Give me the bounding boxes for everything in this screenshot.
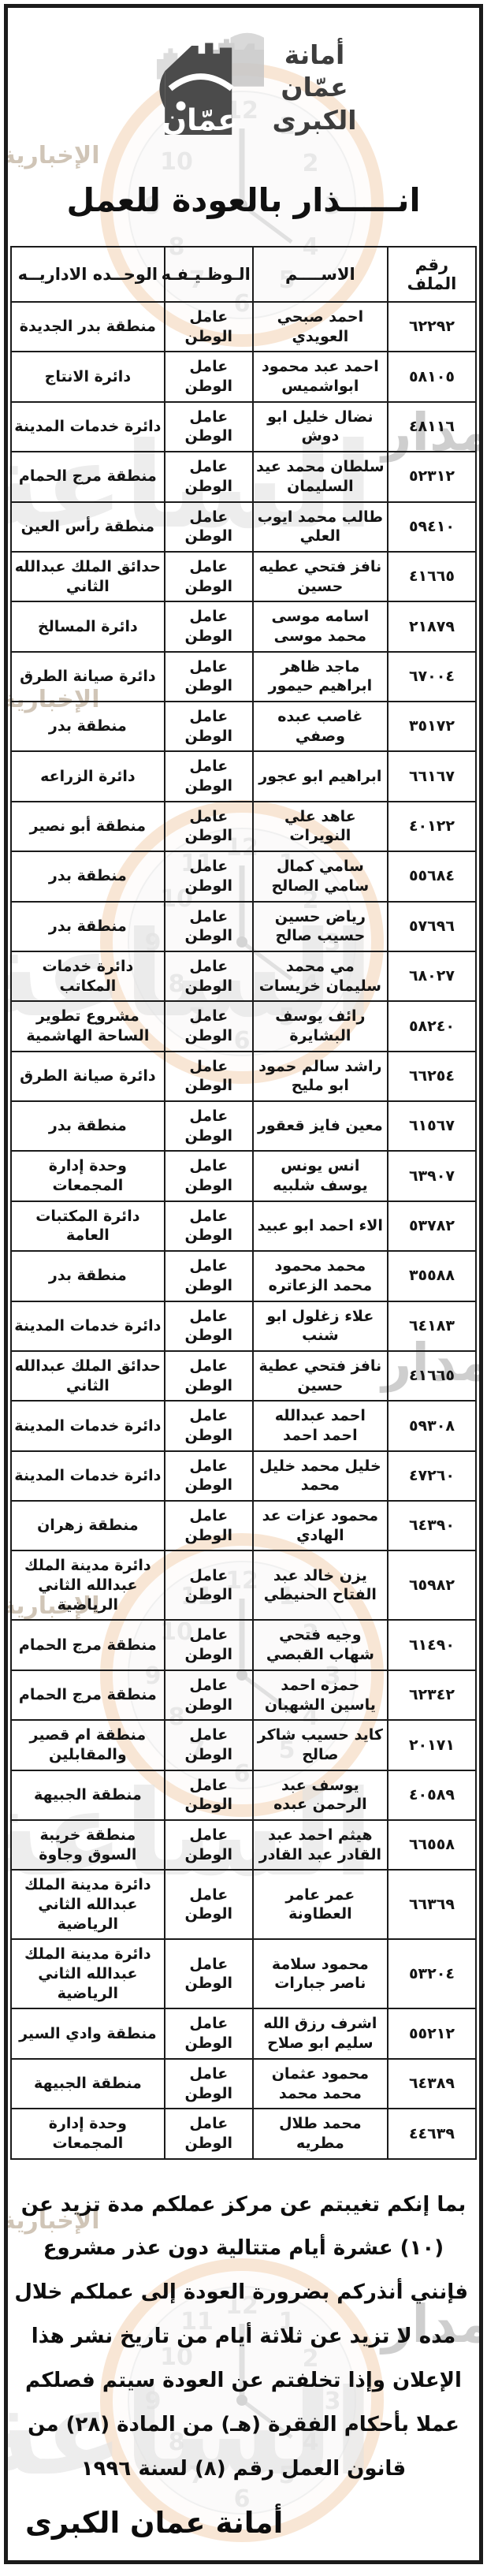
unit-cell: دائرة خدمات المدينة [11, 1401, 165, 1450]
job-cell: عامل الوطن [165, 951, 253, 1001]
name-cell: سامي كمال سامي الصالح [253, 851, 388, 901]
file-number-cell: ٣٥١٧٢ [388, 702, 476, 751]
notice-line: (١٠) عشرة أيام متتالية دون عذر مشروع [19, 2227, 468, 2271]
name-header: الاســــم [253, 247, 388, 302]
job-cell: عامل الوطن [165, 1870, 253, 1939]
unit-cell: منطقة وادي السير [11, 2008, 165, 2058]
file-number-cell: ٦٧٠٠٤ [388, 652, 476, 702]
name-cell: محمد طلال مطريه [253, 2109, 388, 2158]
name-cell: مي محمد سليمان خريسات [253, 951, 388, 1001]
unit-cell: منطقة الجبيهة [11, 1770, 165, 1820]
name-cell: نضال خليل ابو دوش [253, 402, 388, 452]
unit-cell: دائرة الزراعه [11, 751, 165, 801]
table-row: ٦٤١٨٣علاء زغلول ابو شنبعامل الوطندائرة خ… [11, 1301, 476, 1351]
unit-cell: منطقة مرج الحمام [11, 452, 165, 501]
unit-cell: منطقة بدر الجديدة [11, 302, 165, 352]
announcement-page: 12 3 6 9 11 10 1 2 5 7 8 4 [4, 4, 483, 2564]
file-number-cell: ٢٠١٧١ [388, 1720, 476, 1770]
file-number-cell: ٥٩٣٠٨ [388, 1401, 476, 1450]
job-cell: عامل الوطن [165, 1151, 253, 1201]
file-number-cell: ٦٣٩٠٧ [388, 1151, 476, 1201]
file-number-cell: ٥٣٧٨٢ [388, 1201, 476, 1251]
table-row: ٤١٦٦٥نافز فتحي عطيه حسينعامل الوطنحدائق … [11, 552, 476, 601]
employee-table-body: ٦٢٢٩٢احمد صبحي العويديعامل الوطنمنطقة بد… [11, 302, 476, 2159]
name-cell: عاهد علي النويرات [253, 802, 388, 851]
job-cell: عامل الوطن [165, 452, 253, 501]
file-number-cell: ٥٨٢٤٠ [388, 1001, 476, 1051]
file-number-cell: ٤٠٥٨٩ [388, 1770, 476, 1820]
unit-cell: دائرة خدمات المدينة [11, 1301, 165, 1351]
job-cell: عامل الوطن [165, 1770, 253, 1820]
file-number-cell: ٦٦١٦٧ [388, 751, 476, 801]
unit-cell: دائرة المسالخ [11, 601, 165, 651]
file-number-cell: ٤٠١٢٢ [388, 802, 476, 851]
name-cell: احمد عبدالله احمد احمد [253, 1401, 388, 1450]
name-cell: انس يونس يوسف شلبيه [253, 1151, 388, 1201]
table-row: ٤١٦٦٥نافز فتحي عطية حسينعامل الوطنحدائق … [11, 1351, 476, 1401]
job-cell: عامل الوطن [165, 702, 253, 751]
file-number-cell: ٥٨١٠٥ [388, 352, 476, 401]
unit-cell: دائرة صيانة الطرق [11, 1052, 165, 1101]
job-cell: عامل الوطن [165, 552, 253, 601]
unit-cell: منطقة خريبة السوق وجاوة [11, 1820, 165, 1870]
table-row: ٦٧٠٠٤ماجد ظاهر ابراهيم حيمورعامل الوطندا… [11, 652, 476, 702]
file-number-cell: ٥٩٤١٠ [388, 502, 476, 552]
file-number-cell: ٦٦٢٥٤ [388, 1052, 476, 1101]
unit-cell: منطقة زهران [11, 1501, 165, 1550]
name-cell: ابراهيم ابو عجور [253, 751, 388, 801]
file-number-cell: ٥٧٦٩٦ [388, 902, 476, 951]
job-cell: عامل الوطن [165, 1670, 253, 1720]
table-row: ٥٩٤١٠طالب محمد ايوب العليعامل الوطنمنطقة… [11, 502, 476, 552]
unit-cell: دائرة خدمات المدينة [11, 1451, 165, 1501]
unit-cell: منطقة الجبيهة [11, 2059, 165, 2109]
table-row: ٥٣٢٠٤محمود سلامة ناصر جباراتعامل الوطندا… [11, 1939, 476, 2008]
municipality-name-line: عمّان [272, 71, 356, 103]
name-cell: محمود عزات عد الهادي [253, 1501, 388, 1550]
name-cell: ماجد ظاهر ابراهيم حيمور [253, 652, 388, 702]
job-cell: عامل الوطن [165, 751, 253, 801]
job-cell: عامل الوطن [165, 902, 253, 951]
job-cell: عامل الوطن [165, 1550, 253, 1620]
municipality-name-line: أمانة [272, 39, 356, 71]
table-row: ٦٢٢٩٢احمد صبحي العويديعامل الوطنمنطقة بد… [11, 302, 476, 352]
notice-line: مده لا تزيد عن ثلاثة أيام من تاريخ نشر ه… [19, 2315, 468, 2359]
unit-cell: دائرة المكتبات العامة [11, 1201, 165, 1251]
unit-cell: منطقة مرج الحمام [11, 1620, 165, 1670]
employee-table: رقم الملف الاســــم الـوظـيـفـه الوحــده… [10, 246, 477, 2160]
unit-cell: منطقة بدر [11, 851, 165, 901]
file-number-cell: ٤١٦٦٥ [388, 552, 476, 601]
name-cell: علاء زغلول ابو شنب [253, 1301, 388, 1351]
job-cell: عامل الوطن [165, 1451, 253, 1501]
job-cell: عامل الوطن [165, 652, 253, 702]
job-cell: عامل الوطن [165, 851, 253, 901]
table-row: ٥٧٦٩٦رياض حسين حسيب صالحعامل الوطنمنطقة … [11, 902, 476, 951]
job-cell: عامل الوطن [165, 1401, 253, 1450]
file-number-cell: ٤١٦٦٥ [388, 1351, 476, 1401]
name-cell: الاء احمد ابو عبيد [253, 1201, 388, 1251]
job-cell: عامل الوطن [165, 352, 253, 401]
notice-line: عملا بأحكام الفقرة (هـ) من المادة (٢٨) م… [19, 2403, 468, 2448]
file-number-cell: ٦٤٣٨٩ [388, 2059, 476, 2109]
table-row: ٥٣٧٨٢الاء احمد ابو عبيدعامل الوطندائرة ا… [11, 1201, 476, 1251]
job-cell: عامل الوطن [165, 2059, 253, 2109]
notice-line: بما إنكم تغيبتم عن مركز عملكم مدة تزيد ع… [19, 2183, 468, 2228]
name-cell: نافز فتحي عطية حسين [253, 1351, 388, 1401]
job-cell: عامل الوطن [165, 1101, 253, 1151]
table-header-row: رقم الملف الاســــم الـوظـيـفـه الوحــده… [11, 247, 476, 302]
name-cell: طالب محمد ايوب العلي [253, 502, 388, 552]
unit-cell: دائرة الانتاج [11, 352, 165, 401]
file-number-cell: ٦٦٥٥٨ [388, 1820, 476, 1870]
name-cell: اسامه موسى محمد موسى [253, 601, 388, 651]
page-title: انـــــذار بالعودة للعمل [13, 181, 474, 219]
job-cell: عامل الوطن [165, 601, 253, 651]
table-row: ٣٥٥٨٨محمد محمود محمد الزعاترهعامل الوطنم… [11, 1251, 476, 1301]
table-row: ٥٥٦٨٤سامي كمال سامي الصالحعامل الوطنمنطق… [11, 851, 476, 901]
table-row: ٦٦٢٥٤راشد سالم حمود ابو مليحعامل الوطندا… [11, 1052, 476, 1101]
name-cell: محمود عثمان محمد محمد [253, 2059, 388, 2109]
file-number-cell: ٤٨١١٦ [388, 402, 476, 452]
unit-cell: وحدة إدارة المجمعات [11, 2109, 165, 2158]
unit-cell: منطقة بدر [11, 1101, 165, 1151]
file-number-cell: ٣٥٥٨٨ [388, 1251, 476, 1301]
table-row: ٦١٥٦٧معين فايز قعقورعامل الوطنمنطقة بدر [11, 1101, 476, 1151]
table-row: ٦٤٣٩٠محمود عزات عد الهاديعامل الوطنمنطقة… [11, 1501, 476, 1550]
file-number-header: رقم الملف [388, 247, 476, 302]
table-row: ٥٢٣١٢سلطان محمد عيد السليمانعامل الوطنمن… [11, 452, 476, 501]
unit-cell: دائرة خدمات المدينة [11, 402, 165, 452]
job-cell: عامل الوطن [165, 1720, 253, 1770]
municipality-name: أمانة عمّان الكبرى [272, 39, 356, 136]
job-cell: عامل الوطن [165, 802, 253, 851]
file-number-cell: ٦٨٠٢٧ [388, 951, 476, 1001]
unit-cell: منطقة بدر [11, 702, 165, 751]
notice-line: قانون العمل رقم (٨) لسنة ١٩٩٦ [19, 2448, 468, 2492]
name-cell: اشرف رزق الله سليم ابو صلاح [253, 2008, 388, 2058]
name-cell: خليل محمد خليل محمد [253, 1451, 388, 1501]
table-row: ٤٤٦٣٩محمد طلال مطريهعامل الوطنوحدة إدارة… [11, 2109, 476, 2158]
file-number-cell: ٦٢٢٩٢ [388, 302, 476, 352]
unit-cell: دائرة مدينة الملك عبدالله الثاني الرياضي… [11, 1550, 165, 1620]
name-cell: رياض حسين حسيب صالح [253, 902, 388, 951]
unit-cell: منطقة أبو نصير [11, 802, 165, 851]
job-cell: عامل الوطن [165, 2109, 253, 2158]
table-row: ٣٥١٧٢غاصب عبده وصفيعامل الوطنمنطقة بدر [11, 702, 476, 751]
job-cell: عامل الوطن [165, 1201, 253, 1251]
svg-text:عمّان: عمّان [162, 102, 239, 137]
name-cell: محمد محمود محمد الزعاتره [253, 1251, 388, 1301]
job-cell: عامل الوطن [165, 1301, 253, 1351]
unit-cell: منطقة مرج الحمام [11, 1670, 165, 1720]
table-row: ٥٩٣٠٨احمد عبدالله احمد احمدعامل الوطندائ… [11, 1401, 476, 1450]
file-number-cell: ٥٢٣١٢ [388, 452, 476, 501]
table-row: ٦١٤٩٠وجيه فتحي شهاب القبصيعامل الوطنمنطق… [11, 1620, 476, 1670]
table-row: ٢٠١٧١كايد حسيب شاكر صالحعامل الوطنمنطقة … [11, 1720, 476, 1770]
unit-cell: منطقة بدر [11, 1251, 165, 1301]
name-cell: رائف يوسف البشايرة [253, 1001, 388, 1051]
unit-cell: دائرة خدمات المكاتب [11, 951, 165, 1001]
table-row: ٦٨٠٢٧مي محمد سليمان خريساتعامل الوطندائر… [11, 951, 476, 1001]
table-row: ٦٥٩٨٢يزن خالد عبد الفتاح الحنيطيعامل الو… [11, 1550, 476, 1620]
name-cell: يوسف عبد الرحمن عبده [253, 1770, 388, 1820]
file-number-cell: ٦٤١٨٣ [388, 1301, 476, 1351]
file-number-cell: ٢١٨٧٩ [388, 601, 476, 651]
table-row: ٦٣٩٠٧انس يونس يوسف شلبيهعامل الوطنوحدة إ… [11, 1151, 476, 1201]
unit-cell: دائرة مدينة الملك عبدالله الثاني الرياضي… [11, 1870, 165, 1939]
file-number-cell: ٦٦٣٦٩ [388, 1870, 476, 1939]
table-row: ٥٨٢٤٠رائف يوسف البشايرةعامل الوطنمشروع ت… [11, 1001, 476, 1051]
table-row: ٤٠٥٨٩يوسف عبد الرحمن عبدهعامل الوطنمنطقة… [11, 1770, 476, 1820]
job-cell: عامل الوطن [165, 1939, 253, 2008]
job-cell: عامل الوطن [165, 1001, 253, 1051]
name-cell: نافز فتحي عطيه حسين [253, 552, 388, 601]
file-number-cell: ٦٢٣٤٢ [388, 1670, 476, 1720]
job-cell: عامل الوطن [165, 1251, 253, 1301]
job-cell: عامل الوطن [165, 502, 253, 552]
file-number-cell: ٤٧٢٦٠ [388, 1451, 476, 1501]
unit-cell: حدائق الملك عبدالله الثاني [11, 552, 165, 601]
unit-cell: دائرة مدينة الملك عبدالله الثاني الرياضي… [11, 1939, 165, 2008]
municipality-logo: أمانة عمّان الكبرى [8, 8, 479, 158]
file-number-cell: ٦١٤٩٠ [388, 1620, 476, 1670]
table-row: ٢١٨٧٩اسامه موسى محمد موسىعامل الوطندائرة… [11, 601, 476, 651]
name-cell: راشد سالم حمود ابو مليح [253, 1052, 388, 1101]
name-cell: عمر عامر العطاونة [253, 1870, 388, 1939]
table-row: ٦٢٣٤٢حمزه احمد ياسين الشهبانعامل الوطنمن… [11, 1670, 476, 1720]
table-row: ٦٦٣٦٩عمر عامر العطاونةعامل الوطندائرة مد… [11, 1870, 476, 1939]
table-row: ٤٨١١٦نضال خليل ابو دوشعامل الوطندائرة خد… [11, 402, 476, 452]
table-row: ٦٦١٦٧ابراهيم ابو عجورعامل الوطندائرة الز… [11, 751, 476, 801]
name-cell: كايد حسيب شاكر صالح [253, 1720, 388, 1770]
table-row: ٤٧٢٦٠خليل محمد خليل محمدعامل الوطندائرة … [11, 1451, 476, 1501]
job-cell: عامل الوطن [165, 1820, 253, 1870]
name-cell: معين فايز قعقور [253, 1101, 388, 1151]
municipality-emblem-icon: عمّان [130, 23, 264, 153]
unit-cell: دائرة صيانة الطرق [11, 652, 165, 702]
file-number-cell: ٤٤٦٣٩ [388, 2109, 476, 2158]
signature: أمانة عمان الكبرى [8, 2506, 479, 2540]
job-header: الـوظـيـفـه [165, 247, 253, 302]
file-number-cell: ٦١٥٦٧ [388, 1101, 476, 1151]
table-row: ٦٦٥٥٨هيثم احمد عبد القادر عبد القادرعامل… [11, 1820, 476, 1870]
job-cell: عامل الوطن [165, 302, 253, 352]
unit-cell: منطقة بدر [11, 902, 165, 951]
name-cell: احمد عبد محمود ابواشميس [253, 352, 388, 401]
notice-paragraph: بما إنكم تغيبتم عن مركز عملكم مدة تزيد ع… [19, 2183, 468, 2492]
job-cell: عامل الوطن [165, 2008, 253, 2058]
file-number-cell: ٥٥٦٨٤ [388, 851, 476, 901]
unit-cell: مشروع تطوير الساحة الهاشمية [11, 1001, 165, 1051]
table-row: ٦٤٣٨٩محمود عثمان محمد محمدعامل الوطنمنطق… [11, 2059, 476, 2109]
table-row: ٤٠١٢٢عاهد علي النويراتعامل الوطنمنطقة أب… [11, 802, 476, 851]
file-number-cell: ٥٥٢١٢ [388, 2008, 476, 2058]
file-number-cell: ٦٤٣٩٠ [388, 1501, 476, 1550]
table-row: ٥٥٢١٢اشرف رزق الله سليم ابو صلاحعامل الو… [11, 2008, 476, 2058]
file-number-cell: ٦٥٩٨٢ [388, 1550, 476, 1620]
job-cell: عامل الوطن [165, 1620, 253, 1670]
municipality-name-line: الكبرى [272, 104, 356, 136]
name-cell: سلطان محمد عيد السليمان [253, 452, 388, 501]
job-cell: عامل الوطن [165, 1052, 253, 1101]
job-cell: عامل الوطن [165, 402, 253, 452]
unit-cell: منطقة رأس العين [11, 502, 165, 552]
notice-line: فإنني أنذركم بضرورة العودة إلى عملكم خلا… [19, 2271, 468, 2315]
name-cell: حمزه احمد ياسين الشهبان [253, 1670, 388, 1720]
name-cell: احمد صبحي العويدي [253, 302, 388, 352]
name-cell: محمود سلامة ناصر جبارات [253, 1939, 388, 2008]
name-cell: يزن خالد عبد الفتاح الحنيطي [253, 1550, 388, 1620]
job-cell: عامل الوطن [165, 1351, 253, 1401]
unit-header: الوحــده الاداريــه [11, 247, 165, 302]
unit-cell: حدائق الملك عبدالله الثاني [11, 1351, 165, 1401]
file-number-cell: ٥٣٢٠٤ [388, 1939, 476, 2008]
unit-cell: وحدة إدارة المجمعات [11, 1151, 165, 1201]
job-cell: عامل الوطن [165, 1501, 253, 1550]
name-cell: هيثم احمد عبد القادر عبد القادر [253, 1820, 388, 1870]
table-row: ٥٨١٠٥احمد عبد محمود ابواشميسعامل الوطندا… [11, 352, 476, 401]
notice-line: الإعلان وإذا تخلفتم عن العودة سيتم فصلكم [19, 2359, 468, 2403]
name-cell: غاصب عبده وصفي [253, 702, 388, 751]
unit-cell: منطقة ام قصير والمقابلين [11, 1720, 165, 1770]
name-cell: وجيه فتحي شهاب القبصي [253, 1620, 388, 1670]
